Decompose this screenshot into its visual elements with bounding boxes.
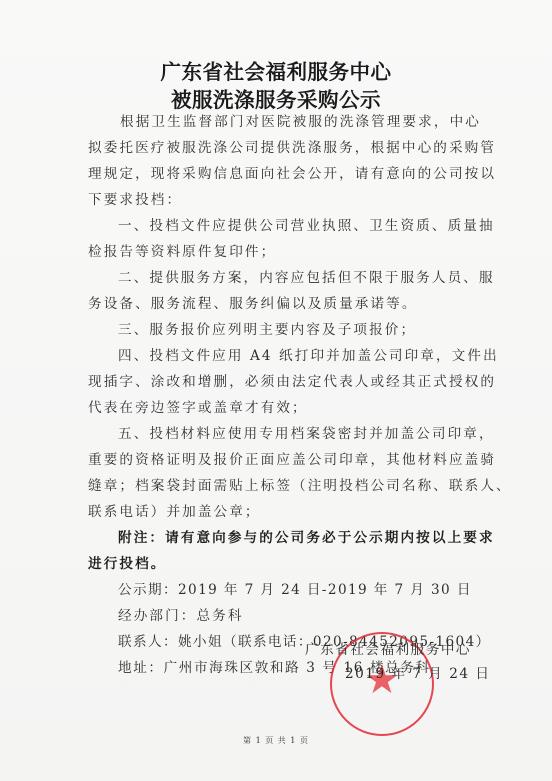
requirement-4-line-1: 四、投档文件应用 A4 纸打印并加盖公司印章，文件出 (118, 344, 499, 364)
requirement-5-line-3: 缝章；档案袋封面需贴上标签（注明投档公司名称、联系人、 (88, 474, 512, 494)
intro-line-1: 根据卫生监督部门对医院被服的洗涤管理要求，中心 (120, 110, 481, 130)
requirement-5-line-4: 联系电话）并加盖公章； (88, 500, 261, 520)
requirement-5-line-1: 五、投档材料应使用专用档案袋密封并加盖公司印章， (118, 422, 495, 442)
requirement-3-line-1: 三、服务报价应列明主要内容及子项报价； (118, 318, 416, 338)
note-line-1: 附注：请有意向参与的公司务必于公示期内按以上要求 (118, 526, 495, 546)
page-footer: 第 1 页 共 1 页 (0, 735, 552, 746)
requirement-4-line-3: 代表在旁边签字或盖章才有效； (88, 396, 308, 416)
note-line-2: 进行投档。 (88, 552, 166, 572)
intro-line-3: 理规定，现将采购信息面向社会公开，请有意向的公司按以 (88, 162, 496, 182)
document-title-line1: 广东省社会福利服务中心 (0, 55, 552, 85)
document-title-line2: 被服洗涤服务采购公示 (0, 83, 552, 113)
signature-date: 2019 年 7 月 24 日 (345, 662, 490, 682)
publicity-period: 公示期：2019 年 7 月 24 日-2019 年 7 月 30 日 (118, 578, 472, 598)
requirement-1-line-2: 检报告等资料原件复印件； (88, 240, 276, 260)
intro-line-2: 拟委托医疗被服洗涤公司提供洗涤服务，根据中心的采购管 (88, 136, 496, 156)
requirement-1-line-1: 一、投档文件应提供公司营业执照、卫生资质、质量抽 (118, 214, 495, 234)
requirement-2-line-2: 务设备、服务流程、服务纠偏以及质量承诺等。 (88, 292, 418, 312)
handling-department: 经办部门：总务科 (118, 604, 244, 624)
intro-line-4: 下要求投档： (88, 188, 182, 208)
signature-organization: 广东省社会福利服务中心 (305, 638, 471, 658)
document-page: 广东省社会福利服务中心 被服洗涤服务采购公示 根据卫生监督部门对医院被服的洗涤管… (0, 0, 552, 781)
requirement-5-line-2: 重要的资格证明及报价正面应盖公司印章，其他材料应盖骑 (88, 448, 496, 468)
requirement-2-line-1: 二、提供服务方案，内容应包括但不限于服务人员、服 (118, 266, 495, 286)
requirement-4-line-2: 现插字、涂改和增删，必须由法定代表人或经其正式授权的 (88, 370, 496, 390)
